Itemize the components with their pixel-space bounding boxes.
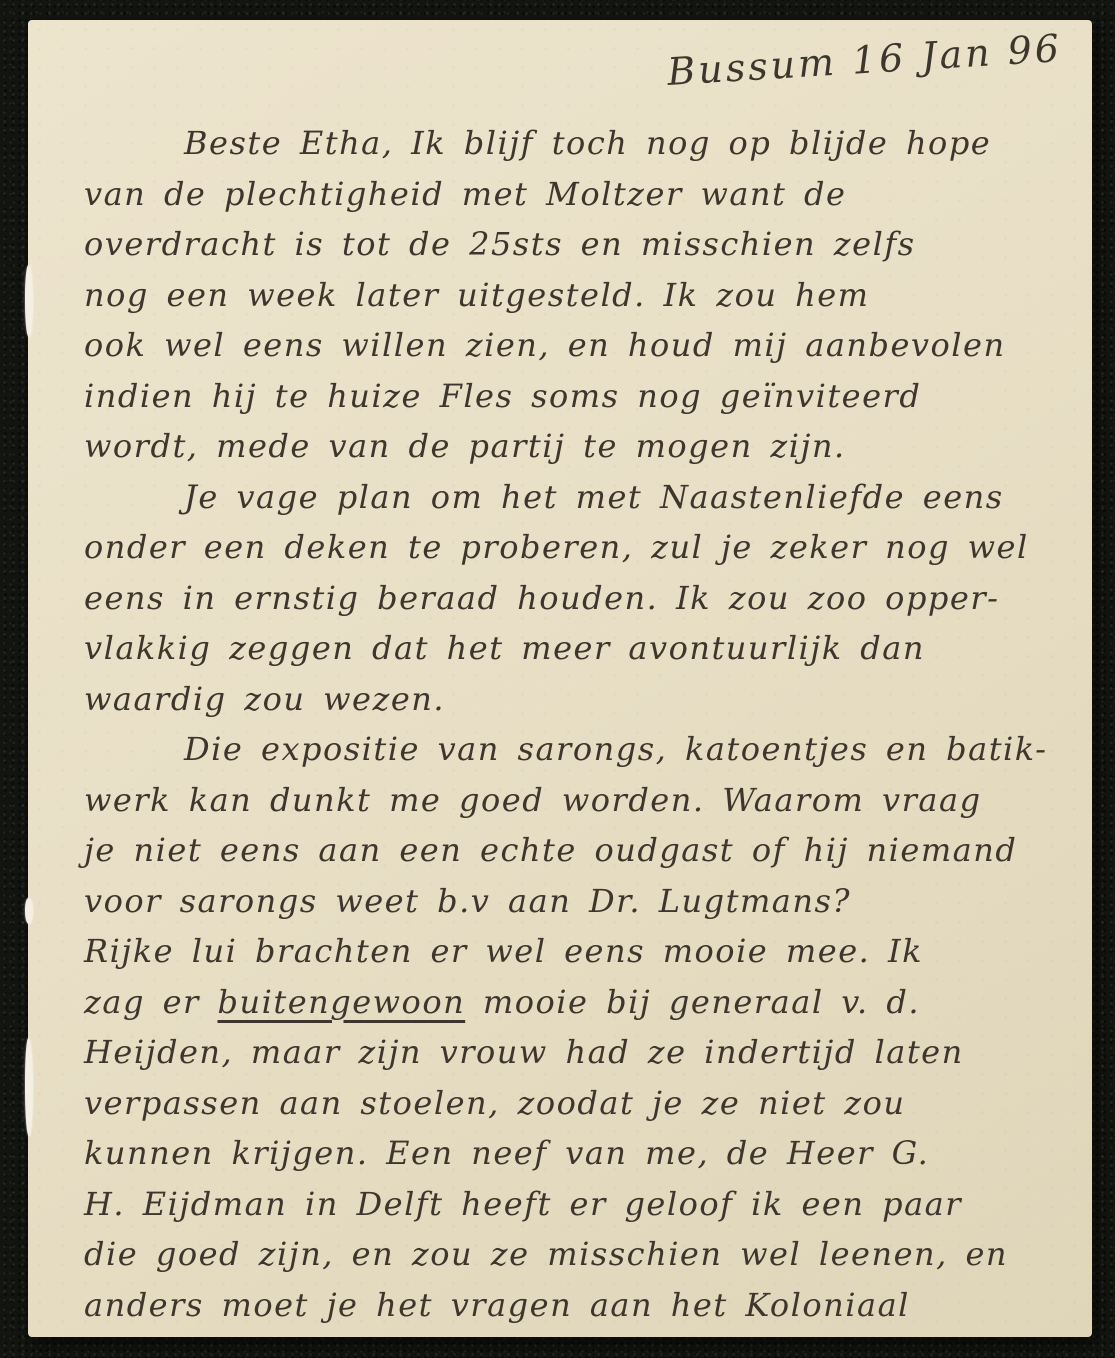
torn-edge-mark [25, 265, 33, 337]
letter-line: van de plechtigheid met Moltzer want de [84, 169, 1064, 220]
letter-line: ook wel eens willen zien, en houd mij aa… [84, 320, 1064, 371]
letter-line: Rijke lui brachten er wel eens mooie mee… [84, 926, 1064, 977]
line-suffix: mooie bij generaal v. d. [465, 983, 920, 1021]
letter-line: waardig zou wezen. [84, 674, 1064, 725]
letter-line: overdracht is tot de 25sts en misschien … [84, 219, 1064, 270]
letter-line: verpassen aan stoelen, zoodat je ze niet… [84, 1078, 1064, 1129]
letter-line: indien hij te huize Fles soms nog geïnvi… [84, 371, 1064, 422]
underlined-word: buitengewoon [218, 983, 466, 1021]
letter-line: wordt, mede van de partij te mogen zijn. [84, 421, 1064, 472]
letter-paper: Bussum 16 Jan 96 Beste Etha, Ik blijf to… [28, 20, 1092, 1337]
torn-edge-mark [25, 898, 33, 924]
letter-line: kunnen krijgen. Een neef van me, de Heer… [84, 1128, 1064, 1179]
letter-line: eens in ernstig beraad houden. Ik zou zo… [84, 573, 1064, 624]
letter-line: Heijden, maar zijn vrouw had ze indertij… [84, 1027, 1064, 1078]
letter-body: Beste Etha, Ik blijf toch nog op blijde … [84, 118, 1064, 1330]
letter-line: H. Eijdman in Delft heeft er geloof ik e… [84, 1179, 1064, 1230]
letter-line: anders moet je het vragen aan het Koloni… [84, 1280, 1064, 1331]
letter-line: voor sarongs weet b.v aan Dr. Lugtmans? [84, 876, 1064, 927]
date-line: Bussum 16 Jan 96 [666, 26, 1063, 94]
letter-line: Beste Etha, Ik blijf toch nog op blijde … [84, 118, 1064, 169]
torn-edge-mark [25, 1038, 33, 1136]
letter-line: die goed zijn, en zou ze misschien wel l… [84, 1229, 1064, 1280]
letter-line: Je vage plan om het met Naastenliefde ee… [84, 472, 1064, 523]
letter-line: vlakkig zeggen dat het meer avontuurlijk… [84, 623, 1064, 674]
letter-line-underlined: zag er buitengewoon mooie bij generaal v… [84, 977, 1064, 1028]
line-prefix: zag er [84, 983, 218, 1021]
letter-line: onder een deken te proberen, zul je zeke… [84, 522, 1064, 573]
letter-line: Die expositie van sarongs, katoentjes en… [84, 724, 1064, 775]
letter-line: nog een week later uitgesteld. Ik zou he… [84, 270, 1064, 321]
letter-line: je niet eens aan een echte oudgast of hi… [84, 825, 1064, 876]
letter-line: werk kan dunkt me goed worden. Waarom vr… [84, 775, 1064, 826]
